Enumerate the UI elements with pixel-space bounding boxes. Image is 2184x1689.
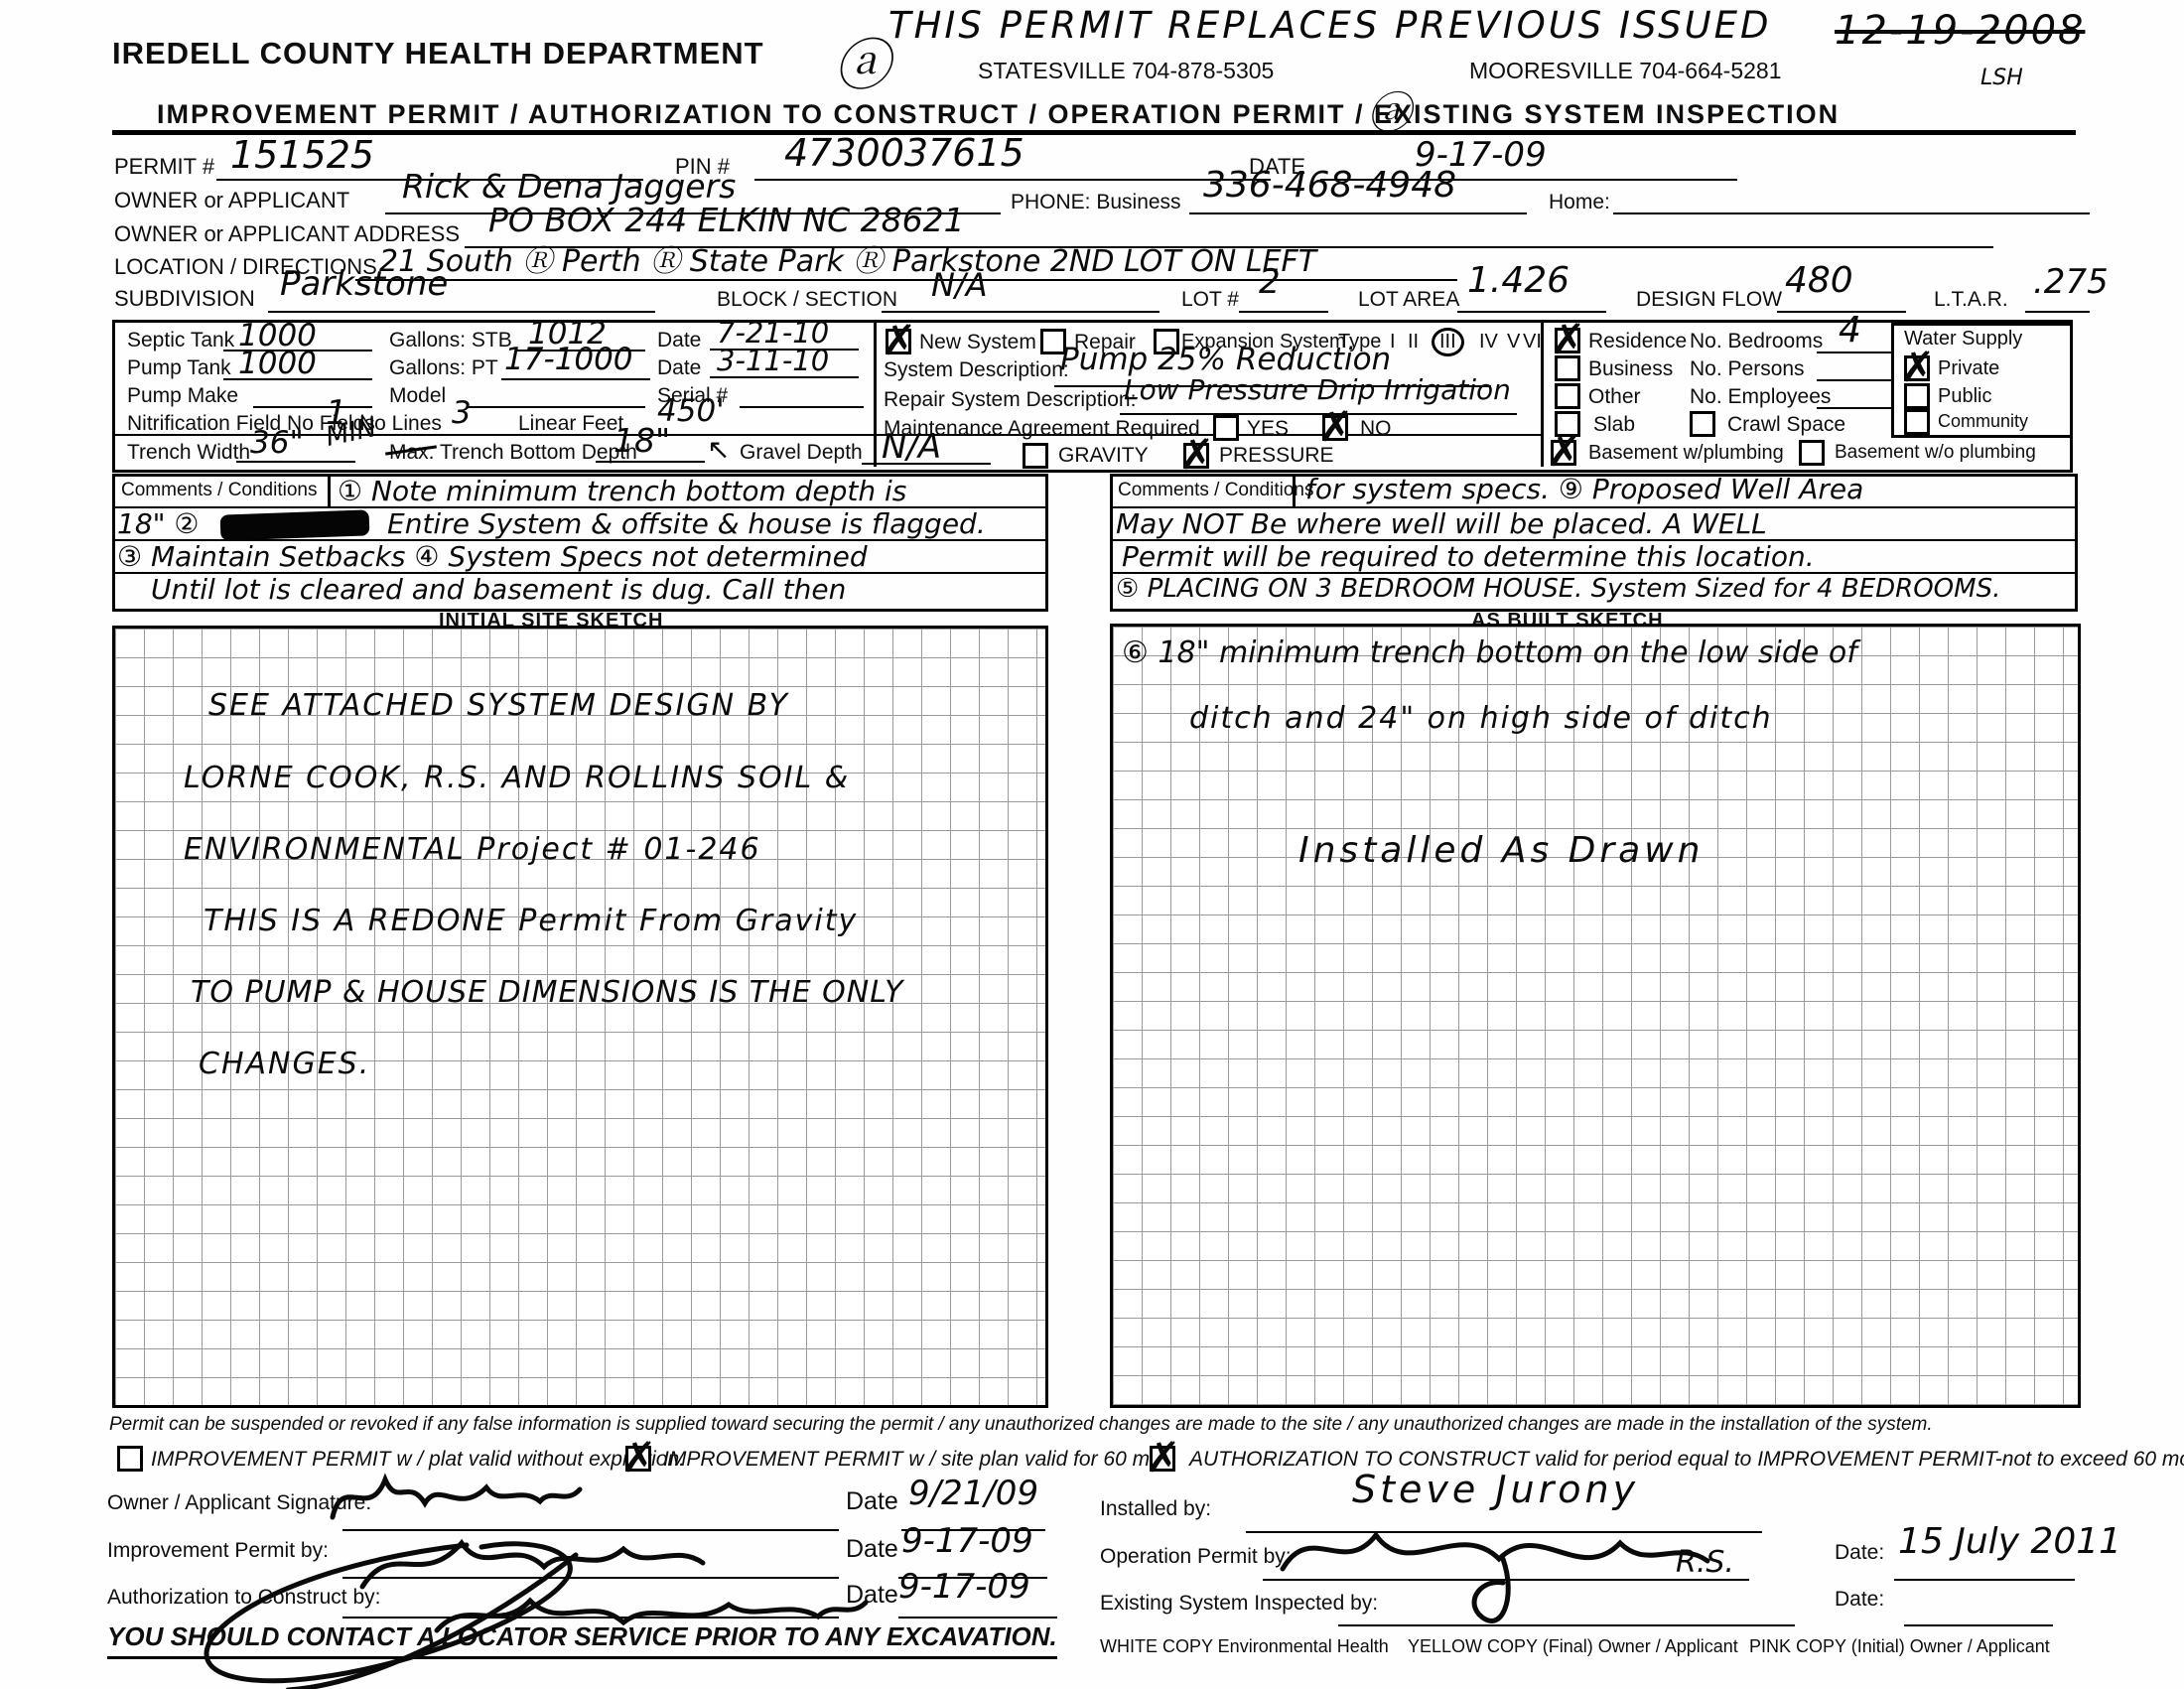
trench-width-value: 36" (250, 425, 304, 461)
type-5: V (1507, 331, 1520, 353)
circled-a-annotation-1: ⓐ (834, 22, 889, 101)
pressure-checkbox (1183, 443, 1209, 469)
serial-underline (740, 406, 864, 408)
pump-date-value: 3-11-10 (717, 344, 829, 377)
installed-as-drawn-note: Installed As Drawn (1298, 830, 1704, 871)
new-system-checkbox (886, 329, 911, 354)
sketch-left-text-2: LORNE COOK, R.S. AND ROLLINS SOIL & (184, 761, 850, 795)
comments-left-line2-pre: 18" ② (117, 507, 200, 540)
basement-w-plumbing-label: Basement w/plumbing (1588, 442, 1784, 465)
gravel-underline (862, 463, 991, 465)
comments-left-label: Comments / Conditions (121, 480, 317, 501)
maintenance-no-label: NO (1360, 417, 1392, 441)
trench-width-label: Trench Width (127, 441, 250, 465)
ltar-value: .275 (2033, 262, 2109, 302)
permit-number-value: 151525 (230, 133, 374, 177)
model-label: Model (389, 384, 446, 408)
business-checkbox (1555, 355, 1580, 381)
existing-date-line (1904, 1624, 2053, 1626)
basement-w-plumbing-checkbox (1551, 440, 1576, 466)
pump-date-label: Date (657, 356, 701, 380)
authorization-construct-checkbox (1150, 1446, 1175, 1472)
repair-description-label: Repair System Description: (884, 388, 1136, 412)
type-6: VI (1523, 331, 1542, 353)
linear-feet-label: Linear Feet (518, 412, 623, 436)
subdivision-value: Parkstone (280, 264, 448, 304)
trench-bottom-depth-value: 18" (614, 421, 670, 460)
gravity-checkbox (1023, 443, 1048, 469)
mooresville-phone: MOORESVILLE 704-664-5281 (1469, 58, 1782, 84)
water-community-label: Community (1938, 411, 2028, 432)
system-description-label: System Description: (884, 358, 1069, 382)
make-underline (253, 406, 372, 408)
model-underline (467, 406, 645, 408)
employees-underline (1817, 407, 1891, 409)
pump-underline (223, 378, 372, 380)
permit-number-label: PERMIT # (114, 154, 214, 180)
employees-label: No. Employees (1690, 385, 1831, 409)
water-private-label: Private (1938, 357, 1999, 380)
bedrooms-value: 4 (1839, 310, 1861, 351)
no-lines-value: 3 (452, 395, 472, 431)
installed-by-label: Installed by: (1100, 1497, 1211, 1521)
basement-wo-plumbing-checkbox (1799, 440, 1825, 466)
other-checkbox (1555, 383, 1580, 409)
fine-print: Permit can be suspended or revoked if an… (109, 1414, 1933, 1436)
operation-date-line (1894, 1579, 2075, 1581)
residence-checkbox (1555, 328, 1580, 353)
pin-value: 4730037615 (784, 131, 1024, 175)
ltar-label: L.T.A.R. (1934, 288, 2008, 312)
pump-gallons-label: Gallons: PT (389, 356, 498, 380)
phone-underline (1189, 212, 1527, 214)
comments-left-line4: Until lot is cleared and basement is dug… (151, 573, 846, 606)
gravel-depth-value: N/A (882, 427, 941, 467)
sketch-left-text-1: SEE ATTACHED SYSTEM DESIGN BY (208, 688, 789, 723)
new-system-label: New System (919, 331, 1036, 354)
lot-area-value: 1.426 (1467, 260, 1570, 301)
pump-tank-value: 1000 (238, 346, 317, 381)
comments-right-line4: ⑤ PLACING ON 3 BEDROOM HOUSE. System Siz… (1116, 574, 2000, 604)
comments-left-line1: ① Note minimum trench bottom depth is (338, 475, 906, 507)
improvement-signature (362, 1543, 703, 1587)
address-value: PO BOX 244 ELKIN NC 28621 (488, 201, 965, 239)
lot-area-underline (1457, 311, 1606, 313)
handwritten-crossed-date: 12-19-2008 (1835, 8, 2085, 54)
phone-home-label: Home: (1549, 191, 1610, 214)
water-community-checkbox (1904, 409, 1930, 435)
ltar-underline (2025, 311, 2090, 313)
sketch-right-note-2: ditch and 24" on high side of ditch (1189, 701, 1773, 736)
block-section-label: BLOCK / SECTION (717, 288, 897, 312)
comments-right-line2: May NOT Be where well will be placed. A … (1116, 507, 1767, 540)
type-3-circled: III (1432, 328, 1464, 356)
pt-underline (501, 378, 650, 380)
residence-label: Residence (1588, 330, 1687, 353)
maintenance-yes-checkbox (1213, 415, 1239, 441)
pump-date-underline (710, 376, 859, 378)
operation-date-value: 15 July 2011 (1898, 1521, 2121, 1562)
home-underline (1613, 212, 2090, 214)
sketch-right-note-1: ⑥ 18" minimum trench bottom on the low s… (1122, 635, 1857, 670)
sketch-left-text-3: ENVIRONMENTAL Project # 01-246 (184, 832, 761, 867)
repair-description-value: Low Pressure Drip Irrigation (1124, 373, 1511, 406)
other-label: Other (1588, 385, 1641, 409)
lot-underline (1239, 311, 1328, 313)
gravel-arrow: ↖ (707, 433, 730, 466)
pin-underline (754, 179, 1271, 181)
septic-gallons-label: Gallons: STB (389, 329, 512, 352)
persons-label: No. Persons (1690, 357, 1805, 381)
comments-right-label: Comments / Conditions (1118, 480, 1313, 501)
pump-make-label: Pump Make (127, 384, 238, 408)
gravity-label: GRAVITY (1058, 444, 1149, 468)
crawl-space-checkbox (1690, 411, 1715, 437)
septic-tank-label: Septic Tank (127, 329, 234, 352)
slab-label: Slab (1593, 413, 1635, 437)
persons-underline (1817, 379, 1891, 381)
title-rule (112, 130, 2076, 135)
department-title: IREDELL COUNTY HEALTH DEPARTMENT (112, 36, 764, 71)
left-signatures (139, 1460, 1052, 1689)
water-public-label: Public (1938, 385, 1991, 408)
detail-divider-1 (874, 320, 877, 467)
type-4: IV (1479, 331, 1498, 353)
scanned-permit-form: IREDELL COUNTY HEALTH DEPARTMENT ⓐ THIS … (0, 0, 2184, 1689)
septic-date-label: Date (657, 329, 701, 352)
water-private-checkbox (1904, 355, 1930, 381)
maintenance-yes-label: YES (1247, 417, 1289, 441)
block-underline (882, 311, 1160, 313)
bedrooms-label: No. Bedrooms (1690, 330, 1823, 353)
form-title: IMPROVEMENT PERMIT / AUTHORIZATION TO CO… (157, 99, 1840, 130)
basement-wo-plumbing-label: Basement w/o plumbing (1835, 442, 2036, 464)
type-2: II (1408, 331, 1419, 353)
lot-area-label: LOT AREA (1358, 288, 1459, 312)
initial-site-sketch-grid (112, 626, 1048, 1408)
phone-business-value: 336-468-4948 (1203, 165, 1456, 206)
phone-business-label: PHONE: Business (1011, 191, 1181, 214)
statesville-phone: STATESVILLE 704-878-5305 (978, 58, 1274, 84)
reviewer-initials: LSH (1980, 66, 2023, 90)
owner-signature (333, 1479, 580, 1517)
maintenance-no-checkbox (1322, 415, 1348, 441)
comments-left-line3: ③ Maintain Setbacks ④ System Specs not d… (117, 540, 868, 573)
block-section-value: N/A (931, 266, 988, 304)
location-underline (355, 279, 1457, 281)
as-built-sketch-grid (1110, 624, 2081, 1408)
pressure-label: PRESSURE (1219, 444, 1334, 468)
sketch-left-text-4: THIS IS A REDONE Permit From Gravity (204, 904, 858, 938)
location-value: 21 South Ⓡ Perth Ⓡ State Park Ⓡ Parkston… (379, 236, 1316, 280)
pump-tank-label: Pump Tank (127, 356, 231, 380)
design-flow-label: DESIGN FLOW (1636, 288, 1782, 312)
system-description-value: Pump 25% Reduction (1060, 342, 1391, 377)
pump-pt-value: 17-1000 (504, 342, 633, 377)
lot-number-value: 2 (1259, 262, 1281, 302)
owner-label: OWNER or APPLICANT (114, 188, 349, 213)
business-label: Business (1588, 357, 1673, 381)
right-signatures (1253, 1487, 1888, 1646)
trench-width-underline (236, 461, 355, 463)
lot-number-label: LOT # (1181, 288, 1239, 312)
trench-bottom-underline (596, 461, 705, 463)
subdivision-label: SUBDIVISION (114, 286, 255, 312)
operation-signature (1283, 1535, 1707, 1569)
scribbled-out-word (220, 509, 370, 540)
handwritten-replaces-note: THIS PERMIT REPLACES PREVIOUS ISSUED (888, 4, 1772, 47)
subdivision-underline (268, 311, 655, 313)
bedrooms-underline (1817, 352, 1891, 353)
crawl-space-label: Crawl Space (1727, 413, 1845, 437)
comments-right-line1: for system specs. ⑨ Proposed Well Area (1305, 473, 1863, 505)
gravel-depth-label: Gravel Depth (740, 441, 863, 465)
authorization-construct-label: AUTHORIZATION TO CONSTRUCT valid for per… (1189, 1448, 2184, 1472)
comments-right-line3: Permit will be required to determine thi… (1122, 540, 1815, 573)
sketch-left-text-5: TO PUMP & HOUSE DIMENSIONS IS THE ONLY (191, 975, 903, 1010)
operation-signature-descender (1474, 1559, 1508, 1620)
comments-left-line2-post: Entire System & offsite & house is flagg… (387, 507, 986, 540)
comments-left-label-divider (328, 474, 331, 506)
design-flow-value: 480 (1785, 260, 1853, 301)
sketch-left-text-6: CHANGES. (199, 1047, 370, 1081)
water-public-checkbox (1904, 383, 1930, 409)
